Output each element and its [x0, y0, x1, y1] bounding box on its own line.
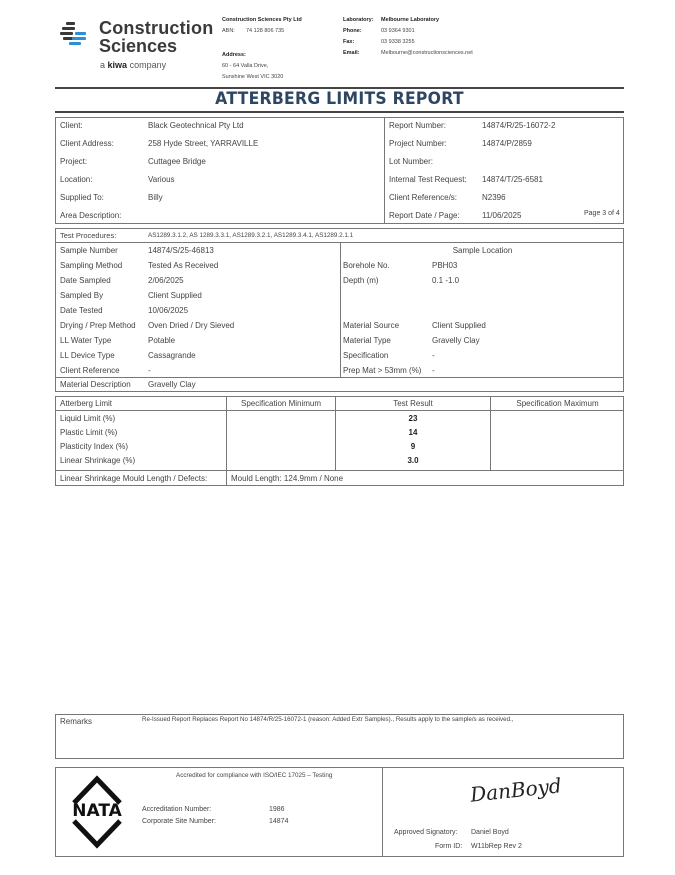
accreditation-statement: Accredited for compliance with ISO/IEC 1…: [176, 772, 332, 779]
sample-value: 2/06/2025: [148, 276, 184, 285]
form-id-label: Form ID:: [435, 843, 462, 850]
col-header-atterberg-limit: Atterberg Limit: [60, 399, 112, 408]
sample-value: Oven Dried / Dry Sieved: [148, 321, 234, 330]
results-header-divider: [55, 410, 624, 411]
result-name: Plasticity Index (%): [60, 442, 128, 451]
company-logo-icon: [60, 22, 92, 48]
location-label: Borehole No.: [343, 261, 390, 270]
sample-label: Sampling Method: [60, 261, 122, 270]
result-name: Liquid Limit (%): [60, 414, 115, 423]
accreditation-number-label: Accreditation Number:: [142, 806, 211, 813]
fax-label: Fax:: [343, 37, 381, 48]
client-info-value: Cuttagee Bridge: [148, 157, 206, 166]
page-indicator: Page 3 of 4: [584, 210, 620, 217]
address-label: Address:: [222, 50, 246, 61]
client-info-label: Area Description:: [60, 211, 121, 220]
mould-value: Mould Length: 124.9mm / None: [231, 474, 343, 483]
company-name: Construction Sciences Pty Ltd: [222, 15, 302, 26]
client-info-label: Project:: [60, 157, 87, 166]
company-details: Construction Sciences Pty Ltd ABN:74 128…: [222, 15, 302, 37]
result-value: 23: [336, 414, 490, 423]
report-info-value: 14874/R/25-16072-2: [482, 121, 555, 130]
report-info-label: Lot Number:: [389, 157, 433, 166]
test-procedures-value: AS1289.3.1.2, AS 1289.3.3.1, AS1289.3.2.…: [148, 232, 353, 239]
col-header-spec-max: Specification Maximum: [491, 399, 624, 408]
location-value: PBH03: [432, 261, 457, 270]
fax-value: 03 9338 3255: [381, 39, 415, 45]
test-procedures-label: Test Procedures:: [60, 231, 116, 240]
material-value: Client Supplied: [432, 321, 486, 330]
report-info-label: Internal Test Request:: [389, 175, 467, 184]
sample-label: LL Water Type: [60, 336, 111, 345]
client-info-value: Black Geotechnical Pty Ltd: [148, 121, 244, 130]
laboratory-value: Melbourne Laboratory: [381, 15, 439, 26]
client-info-label: Supplied To:: [60, 193, 104, 202]
sample-label: Date Tested: [60, 306, 103, 315]
laboratory-label: Laboratory:: [343, 15, 381, 26]
nata-logo-text: NATA: [66, 801, 128, 821]
col-divider-1: [226, 396, 227, 486]
location-value: 0.1 -1.0: [432, 276, 459, 285]
sample-value: Client Supplied: [148, 291, 202, 300]
laboratory-details: Laboratory:Melbourne Laboratory Phone:03…: [343, 15, 473, 59]
result-name: Linear Shrinkage (%): [60, 456, 135, 465]
client-info-box: [55, 117, 624, 224]
sample-divider: [340, 242, 341, 377]
material-description-divider: [55, 377, 624, 378]
material-label: Material Source: [343, 321, 399, 330]
remarks-label: Remarks: [60, 717, 92, 726]
sample-value: Potable: [148, 336, 175, 345]
sample-value: -: [148, 366, 151, 375]
client-info-value: Various: [148, 175, 175, 184]
report-info-label: Client Reference/s:: [389, 193, 457, 202]
remarks-text: Re-Issued Report Replaces Report No 1487…: [142, 716, 513, 723]
report-info-label: Report Number:: [389, 121, 446, 130]
client-info-divider: [384, 117, 385, 224]
corporate-site-label: Corporate Site Number:: [142, 818, 216, 825]
sample-label: Sampled By: [60, 291, 103, 300]
address-block: Address: 60 - 64 Valla Drive, Sunshine W…: [222, 50, 283, 83]
mould-label: Linear Shrinkage Mould Length / Defects:: [60, 474, 207, 483]
phone-label: Phone:: [343, 26, 381, 37]
email-value[interactable]: Melbourne@constructionsciences.net: [381, 50, 473, 56]
tagline-brand: kiwa: [108, 60, 128, 70]
result-name: Plastic Limit (%): [60, 428, 117, 437]
address-line1: 60 - 64 Valla Drive,: [222, 61, 283, 72]
client-info-value: 258 Hyde Street, YARRAVILLE: [148, 139, 258, 148]
material-description-value: Gravelly Clay: [148, 380, 196, 389]
approved-signatory-label: Approved Signatory:: [394, 829, 457, 836]
material-description-label: Material Description: [60, 380, 131, 389]
material-value: -: [432, 366, 435, 375]
footer-divider: [382, 767, 383, 857]
location-label: Depth (m): [343, 276, 379, 285]
abn-value: 74 128 806 735: [246, 28, 284, 34]
col-header-spec-min: Specification Minimum: [227, 399, 335, 408]
email-label: Email:: [343, 48, 381, 59]
sample-label: Date Sampled: [60, 276, 111, 285]
nata-logo-icon: NATA: [66, 775, 128, 851]
result-value: 9: [336, 442, 490, 451]
report-info-value: 14874/P/2859: [482, 139, 532, 148]
approved-signatory-value: Daniel Boyd: [471, 829, 509, 836]
sample-label: Sample Number: [60, 246, 118, 255]
accreditation-number-value: 1986: [269, 806, 285, 813]
brand-tagline: a kiwa company: [100, 60, 166, 70]
result-value: 3.0: [336, 456, 490, 465]
sample-label: Client Reference: [60, 366, 120, 375]
material-label: Prep Mat > 53mm (%): [343, 366, 421, 375]
material-value: Gravelly Clay: [432, 336, 480, 345]
sample-label: Drying / Prep Method: [60, 321, 136, 330]
title-divider: [55, 111, 624, 113]
client-info-label: Location:: [60, 175, 92, 184]
report-info-label: Report Date / Page:: [389, 211, 460, 220]
sample-value: Cassagrande: [148, 351, 196, 360]
report-title: ATTERBERG LIMITS REPORT: [78, 89, 601, 109]
report-info-label: Project Number:: [389, 139, 447, 148]
material-label: Specification: [343, 351, 388, 360]
sample-location-heading: Sample Location: [341, 246, 624, 255]
sample-value: Tested As Received: [148, 261, 218, 270]
sample-value: 14874/S/25-46813: [148, 246, 214, 255]
material-label: Material Type: [343, 336, 391, 345]
sample-value: 10/06/2025: [148, 306, 188, 315]
phone-value: 03 9364 9301: [381, 28, 415, 34]
abn-label: ABN:: [222, 26, 246, 37]
sample-label: LL Device Type: [60, 351, 115, 360]
report-info-value: 11/06/2025: [482, 211, 521, 220]
client-info-label: Client Address:: [60, 139, 114, 148]
form-id-value: W11bRep Rev 2: [471, 843, 522, 850]
result-value: 14: [336, 428, 490, 437]
results-mould-divider: [55, 470, 624, 471]
col-header-test-result: Test Result: [336, 399, 490, 408]
client-info-label: Client:: [60, 121, 83, 130]
report-info-value: 14874/T/25-6581: [482, 175, 543, 184]
corporate-site-value: 14874: [269, 818, 288, 825]
address-line2: Sunshine West VIC 3020: [222, 72, 283, 83]
report-info-value: N2396: [482, 193, 506, 202]
tagline-suffix: company: [130, 60, 167, 70]
tagline-prefix: a: [100, 60, 105, 70]
client-info-value: Billy: [148, 193, 163, 202]
brand-name-line2: Sciences: [99, 37, 177, 56]
material-value: -: [432, 351, 435, 360]
